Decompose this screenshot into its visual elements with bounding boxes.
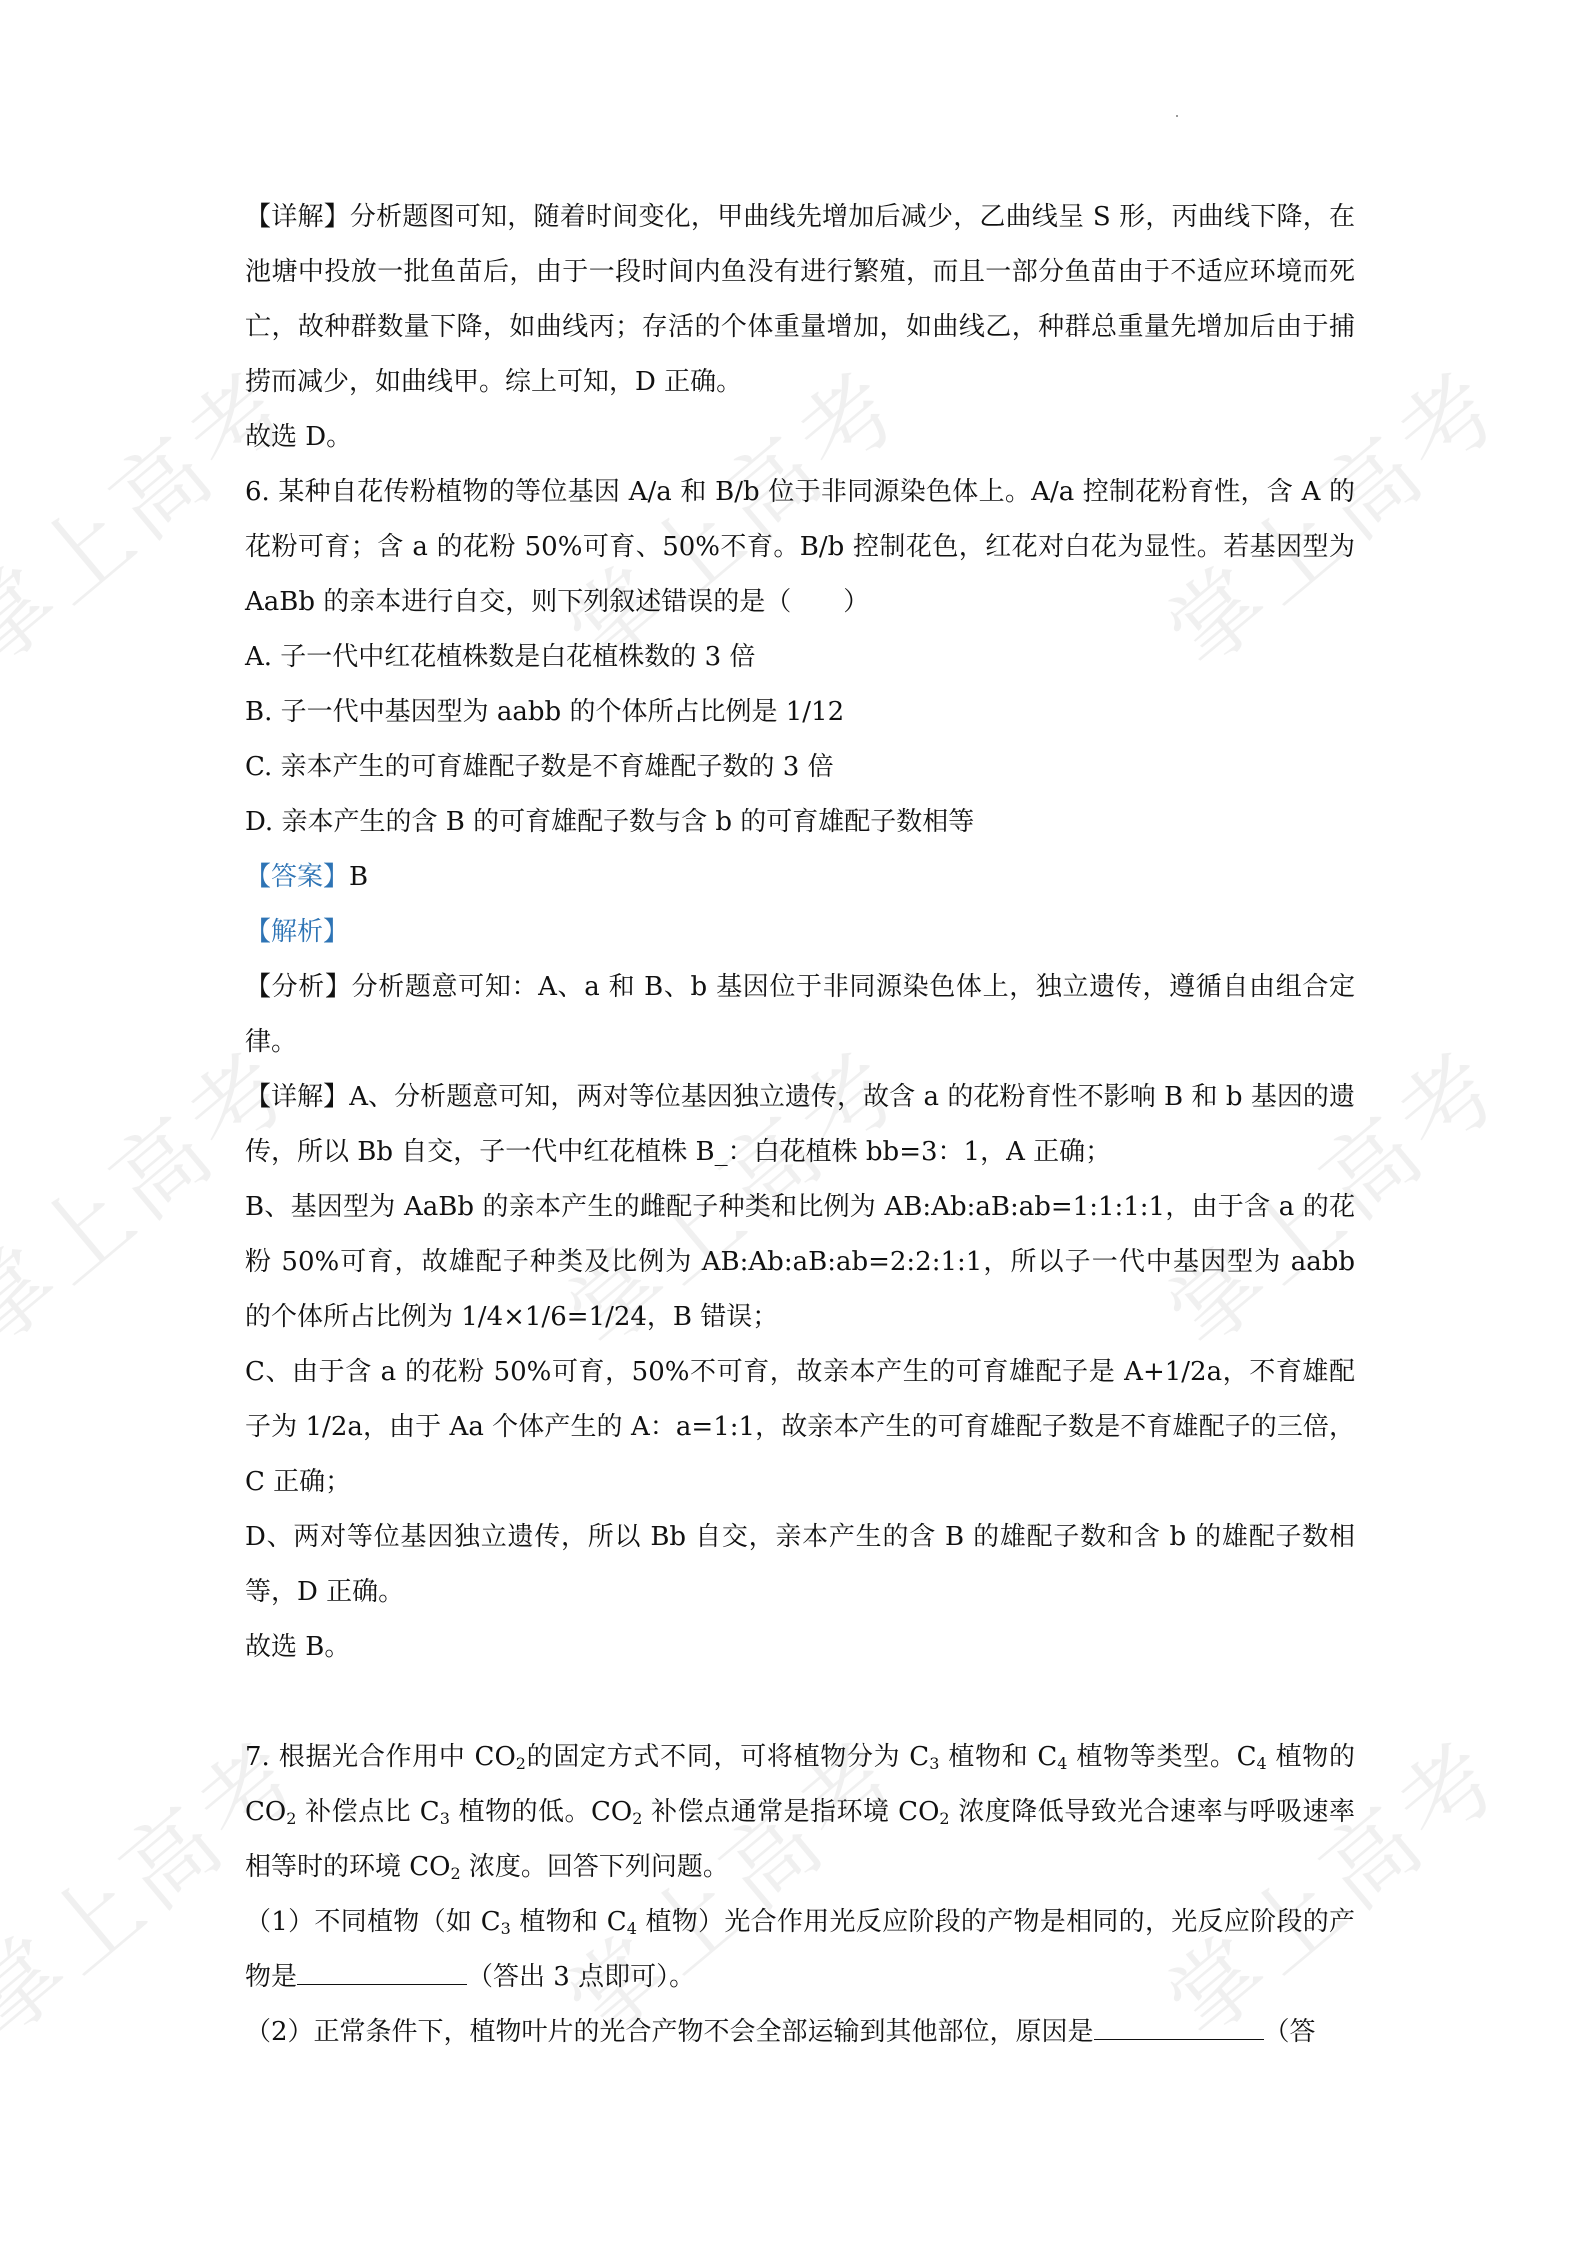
text: 植物的低。CO <box>450 1797 632 1827</box>
spacer <box>245 1675 1355 1730</box>
document-content: 【详解】分析题图可知，随着时间变化，甲曲线先增加后减少，乙曲线呈 S 形，丙曲线… <box>245 190 1355 2060</box>
answer-blank[interactable] <box>297 1956 467 1985</box>
text: 植物和 C <box>511 1907 627 1937</box>
q6-detail-d: D、两对等位基因独立遗传，所以 Bb 自交，亲本产生的含 B 的雄配子数和含 b… <box>245 1510 1355 1620</box>
q6-detail-a: 【详解】A、分析题意可知，两对等位基因独立遗传，故含 a 的花粉育性不影响 B … <box>245 1070 1355 1180</box>
subscript: 4 <box>1256 1754 1266 1773</box>
detail-text: 分析题图可知，随着时间变化，甲曲线先增加后减少，乙曲线呈 S 形，丙曲线下降，在… <box>245 202 1355 397</box>
subscript: 3 <box>440 1809 450 1828</box>
text: 补偿点通常是指环境 CO <box>642 1797 939 1827</box>
text: 7. 根据光合作用中 CO <box>245 1742 516 1772</box>
q6-fenxi: 【分析】分析题意可知：A、a 和 B、b 基因位于非同源染色体上，独立遗传，遵循… <box>245 960 1355 1070</box>
fenxi-label: 【分析】 <box>245 972 352 1002</box>
q6-conclusion: 故选 B。 <box>245 1620 1355 1675</box>
detail-label: 【详解】 <box>245 1082 349 1112</box>
answer-blank[interactable] <box>1094 2011 1264 2040</box>
subscript: 2 <box>939 1809 949 1828</box>
q7-sub1: （1）不同植物（如 C3 植物和 C4 植物）光合作用光反应阶段的产物是相同的，… <box>245 1895 1355 2005</box>
answer-label: 【答案】 <box>245 862 349 892</box>
text: 植物和 C <box>939 1742 1057 1772</box>
text: （2）正常条件下，植物叶片的光合产物不会全部运输到其他部位，原因是 <box>245 2017 1094 2047</box>
fenxi-text: 分析题意可知：A、a 和 B、b 基因位于非同源染色体上，独立遗传，遵循自由组合… <box>245 972 1355 1057</box>
q6-option-b: B. 子一代中基因型为 aabb 的个体所占比例是 1/12 <box>245 685 1355 740</box>
subscript: 3 <box>501 1919 511 1938</box>
watermark: 掌上高考 <box>0 0 346 12</box>
q6-option-a: A. 子一代中红花植株数是白花植株数的 3 倍 <box>245 630 1355 685</box>
watermark: 掌上高考 <box>1155 0 1546 12</box>
analysis-label: 【解析】 <box>245 905 1355 960</box>
subscript: 2 <box>516 1754 526 1773</box>
subscript: 4 <box>1057 1754 1067 1773</box>
q6-detail-c: C、由于含 a 的花粉 50%可育，50%不可育，故亲本产生的可育雄配子是 A+… <box>245 1345 1355 1510</box>
q6-answer: 【答案】B <box>245 850 1355 905</box>
answer-value: B <box>349 862 368 892</box>
text: 补偿点比 C <box>296 1797 439 1827</box>
detail-a-text: A、分析题意可知，两对等位基因独立遗传，故含 a 的花粉育性不影响 B 和 b … <box>245 1082 1355 1167</box>
q7-sub2: （2）正常条件下，植物叶片的光合产物不会全部运输到其他部位，原因是（答 <box>245 2005 1355 2060</box>
stray-dot <box>1176 115 1178 117</box>
subscript: 4 <box>627 1919 637 1938</box>
q6-stem: 6. 某种自花传粉植物的等位基因 A/a 和 B/b 位于非同源染色体上。A/a… <box>245 465 1355 630</box>
text: （答 <box>1264 2017 1316 2047</box>
subscript: 2 <box>286 1809 296 1828</box>
text: 浓度。回答下列问题。 <box>461 1852 729 1882</box>
text: 植物等类型。C <box>1067 1742 1256 1772</box>
q5-conclusion: 故选 D。 <box>245 410 1355 465</box>
q6-option-c: C. 亲本产生的可育雄配子数是不育雄配子数的 3 倍 <box>245 740 1355 795</box>
subscript: 2 <box>632 1809 642 1828</box>
subscript: 2 <box>450 1864 460 1883</box>
text: 的固定方式不同，可将植物分为 C <box>526 1742 929 1772</box>
q5-detail: 【详解】分析题图可知，随着时间变化，甲曲线先增加后减少，乙曲线呈 S 形，丙曲线… <box>245 190 1355 410</box>
detail-label: 【详解】 <box>245 202 350 232</box>
text: （答出 3 点即可）。 <box>467 1962 695 1992</box>
q6-option-d: D. 亲本产生的含 B 的可育雄配子数与含 b 的可育雄配子数相等 <box>245 795 1355 850</box>
q6-detail-b: B、基因型为 AaBb 的亲本产生的雌配子种类和比例为 AB:Ab:aB:ab=… <box>245 1180 1355 1345</box>
watermark: 掌上高考 <box>555 0 946 12</box>
text: （1）不同植物（如 C <box>245 1907 501 1937</box>
subscript: 3 <box>929 1754 939 1773</box>
q7-stem: 7. 根据光合作用中 CO2的固定方式不同，可将植物分为 C3 植物和 C4 植… <box>245 1730 1355 1895</box>
